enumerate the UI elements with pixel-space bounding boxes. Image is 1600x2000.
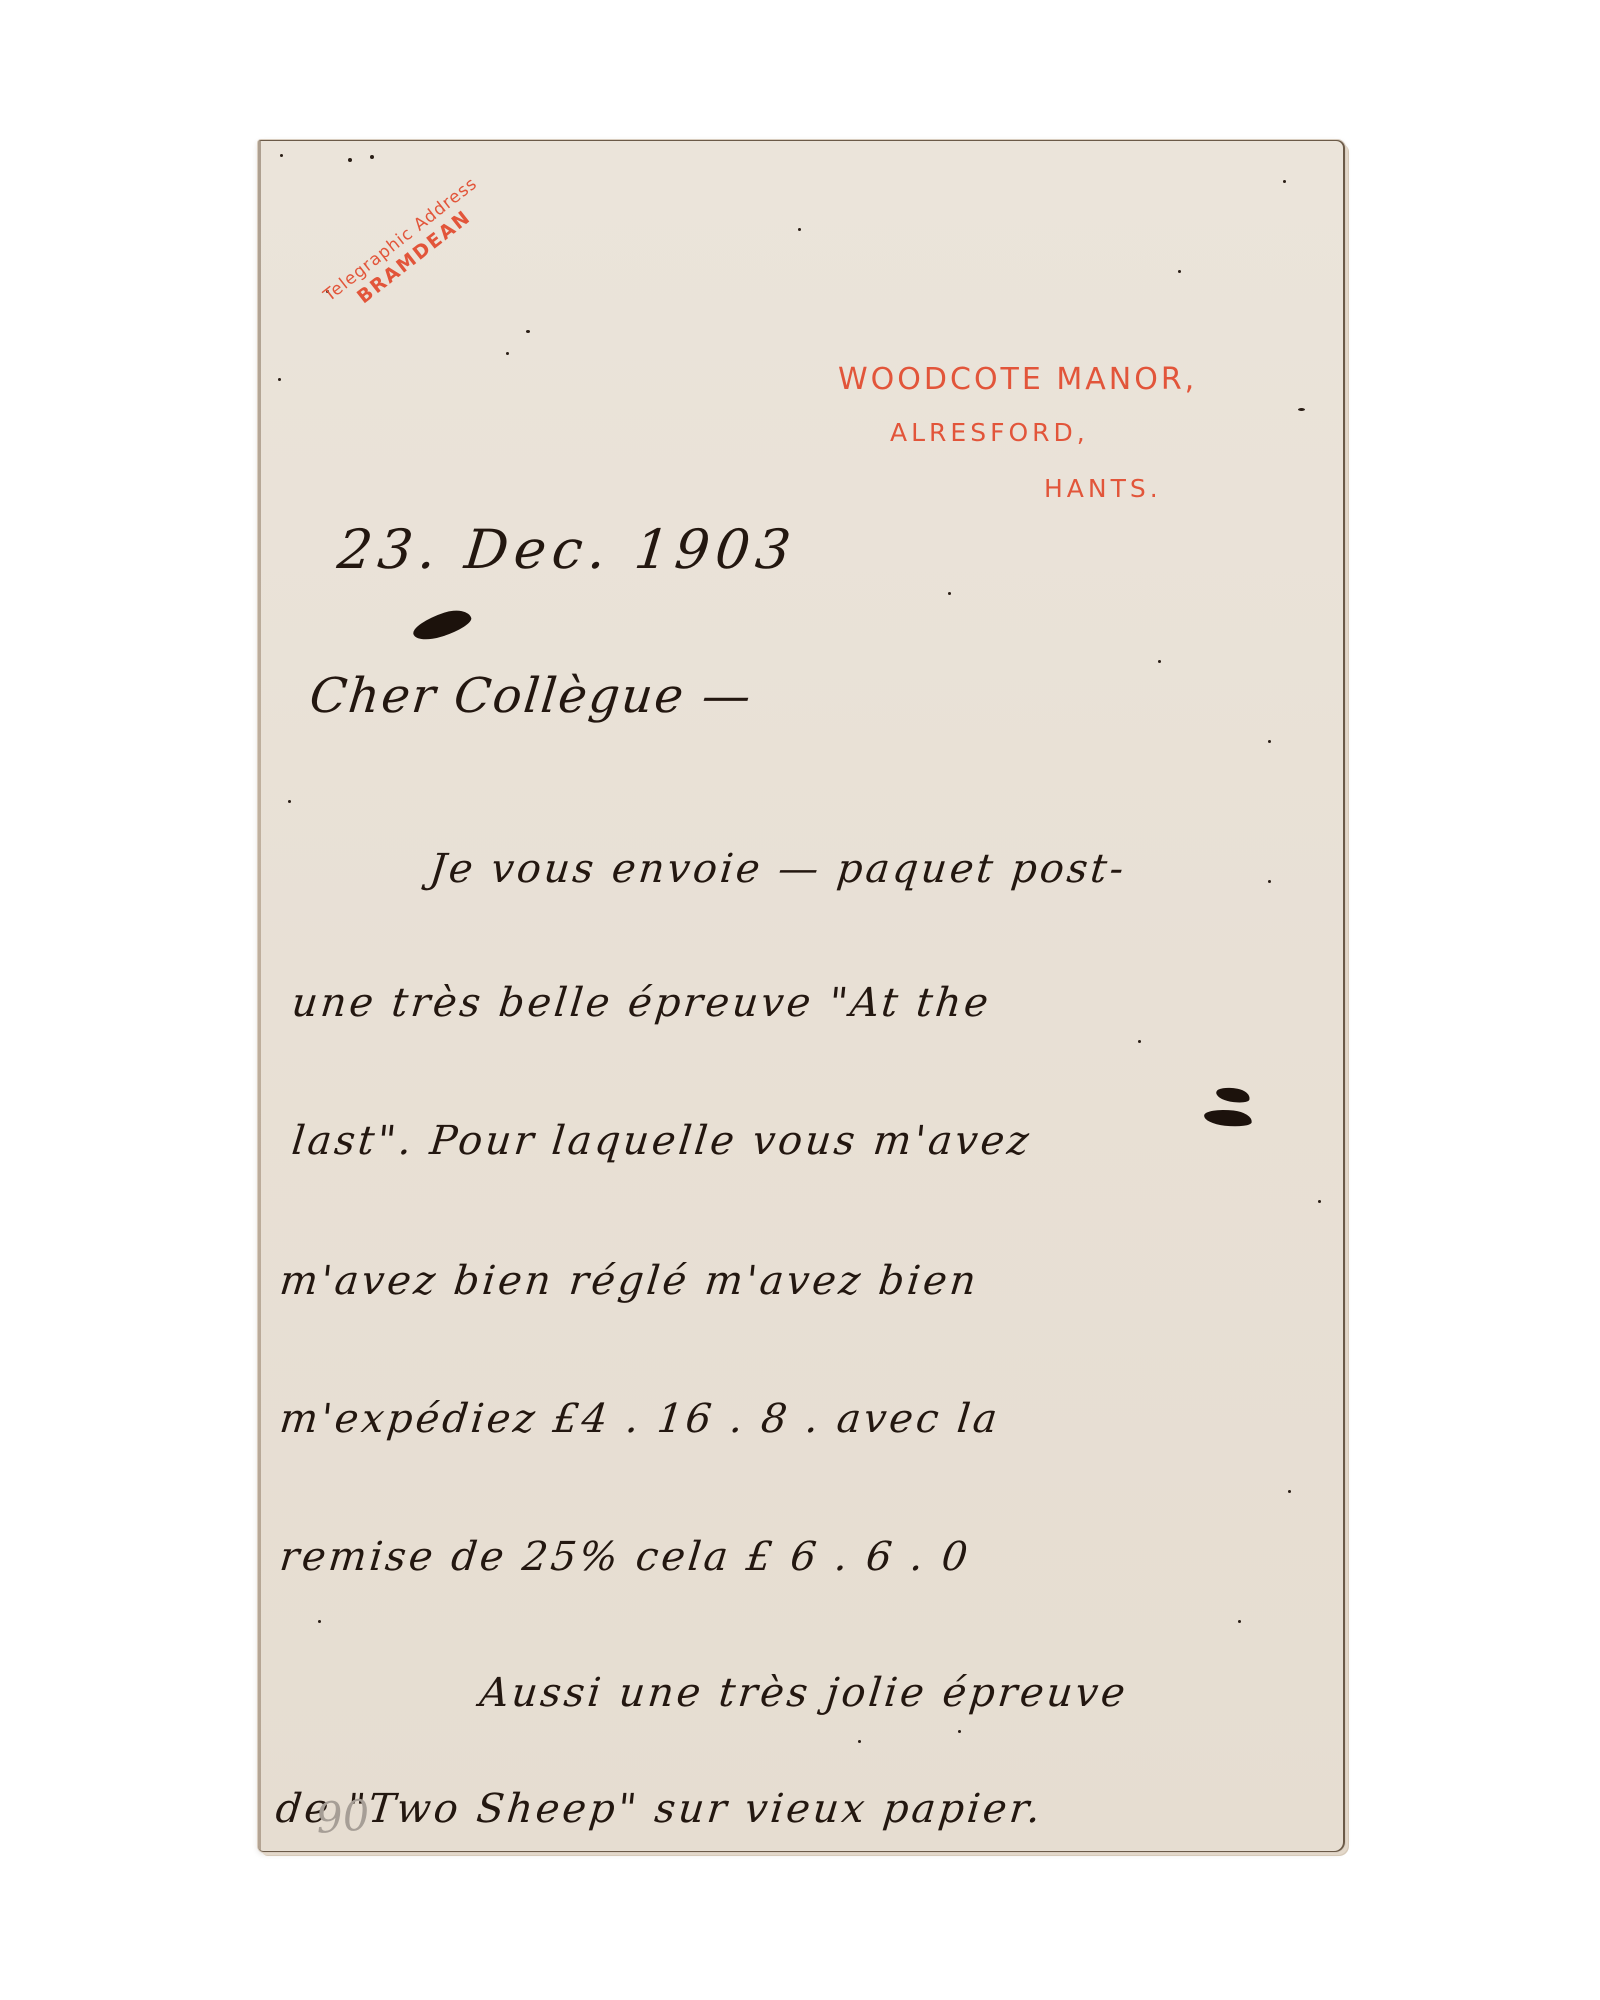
letterhead-town: ALRESFORD, [890, 418, 1089, 447]
paper-speck [798, 228, 801, 231]
ink-blot [1203, 1108, 1252, 1129]
paper-speck [948, 592, 951, 595]
letter-line: m'avez bien réglé m'avez bien [278, 1258, 981, 1304]
paper-speck [1238, 1620, 1241, 1623]
letter-sheet: Telegraphic Address BRAMDEAN WOODCOTE MA… [258, 140, 1345, 1852]
paper-speck [526, 330, 530, 333]
paper-speck [1283, 180, 1286, 183]
telegraphic-address-value: BRAMDEAN [333, 190, 497, 325]
paper-speck [1268, 880, 1271, 883]
paper-speck [370, 155, 374, 159]
letter-date: 23. Dec. 1903 [335, 518, 800, 581]
telegraphic-address: Telegraphic Address BRAMDEAN [320, 174, 497, 326]
paper-speck [858, 1740, 861, 1743]
paper-speck [1158, 660, 1161, 663]
paper-speck [1178, 270, 1181, 273]
paper-speck [506, 352, 509, 355]
paper-speck [318, 1620, 321, 1623]
letter-line: de "Two Sheep" sur vieux papier. [274, 1786, 1046, 1832]
letter-line: Aussi une très jolie épreuve [478, 1670, 1131, 1716]
paper-speck [1298, 408, 1305, 411]
paper-speck [278, 378, 281, 381]
letter-salutation: Cher Collègue — [307, 668, 755, 724]
letter-line: last". Pour laquelle vous m'avez [290, 1118, 1034, 1164]
ink-blot [1215, 1085, 1251, 1105]
paper-speck [1288, 1490, 1291, 1493]
paper-speck [1138, 1040, 1141, 1043]
letter-line: une très belle épreuve "At the [290, 980, 994, 1026]
letter-line: m'expédiez £4 . 16 . 8 . avec la [278, 1396, 1003, 1442]
letterhead-county: HANTS. [1044, 474, 1162, 503]
paper-speck [288, 800, 291, 803]
paper-speck [348, 158, 352, 162]
letter-line: remise de 25% cela £ 6 . 6 . 0 [278, 1534, 973, 1580]
letter-line: Je vous envoie — paquet post- [428, 846, 1129, 892]
paper-speck [1268, 740, 1271, 743]
pencil-annotation: 90 [314, 1790, 371, 1843]
letterhead-name: WOODCOTE MANOR, [838, 362, 1197, 397]
telegraphic-address-label: Telegraphic Address [320, 174, 482, 307]
paper-speck [958, 1730, 961, 1733]
paper-speck [280, 154, 283, 157]
ink-blot [410, 605, 474, 644]
paper-speck [1318, 1200, 1321, 1203]
